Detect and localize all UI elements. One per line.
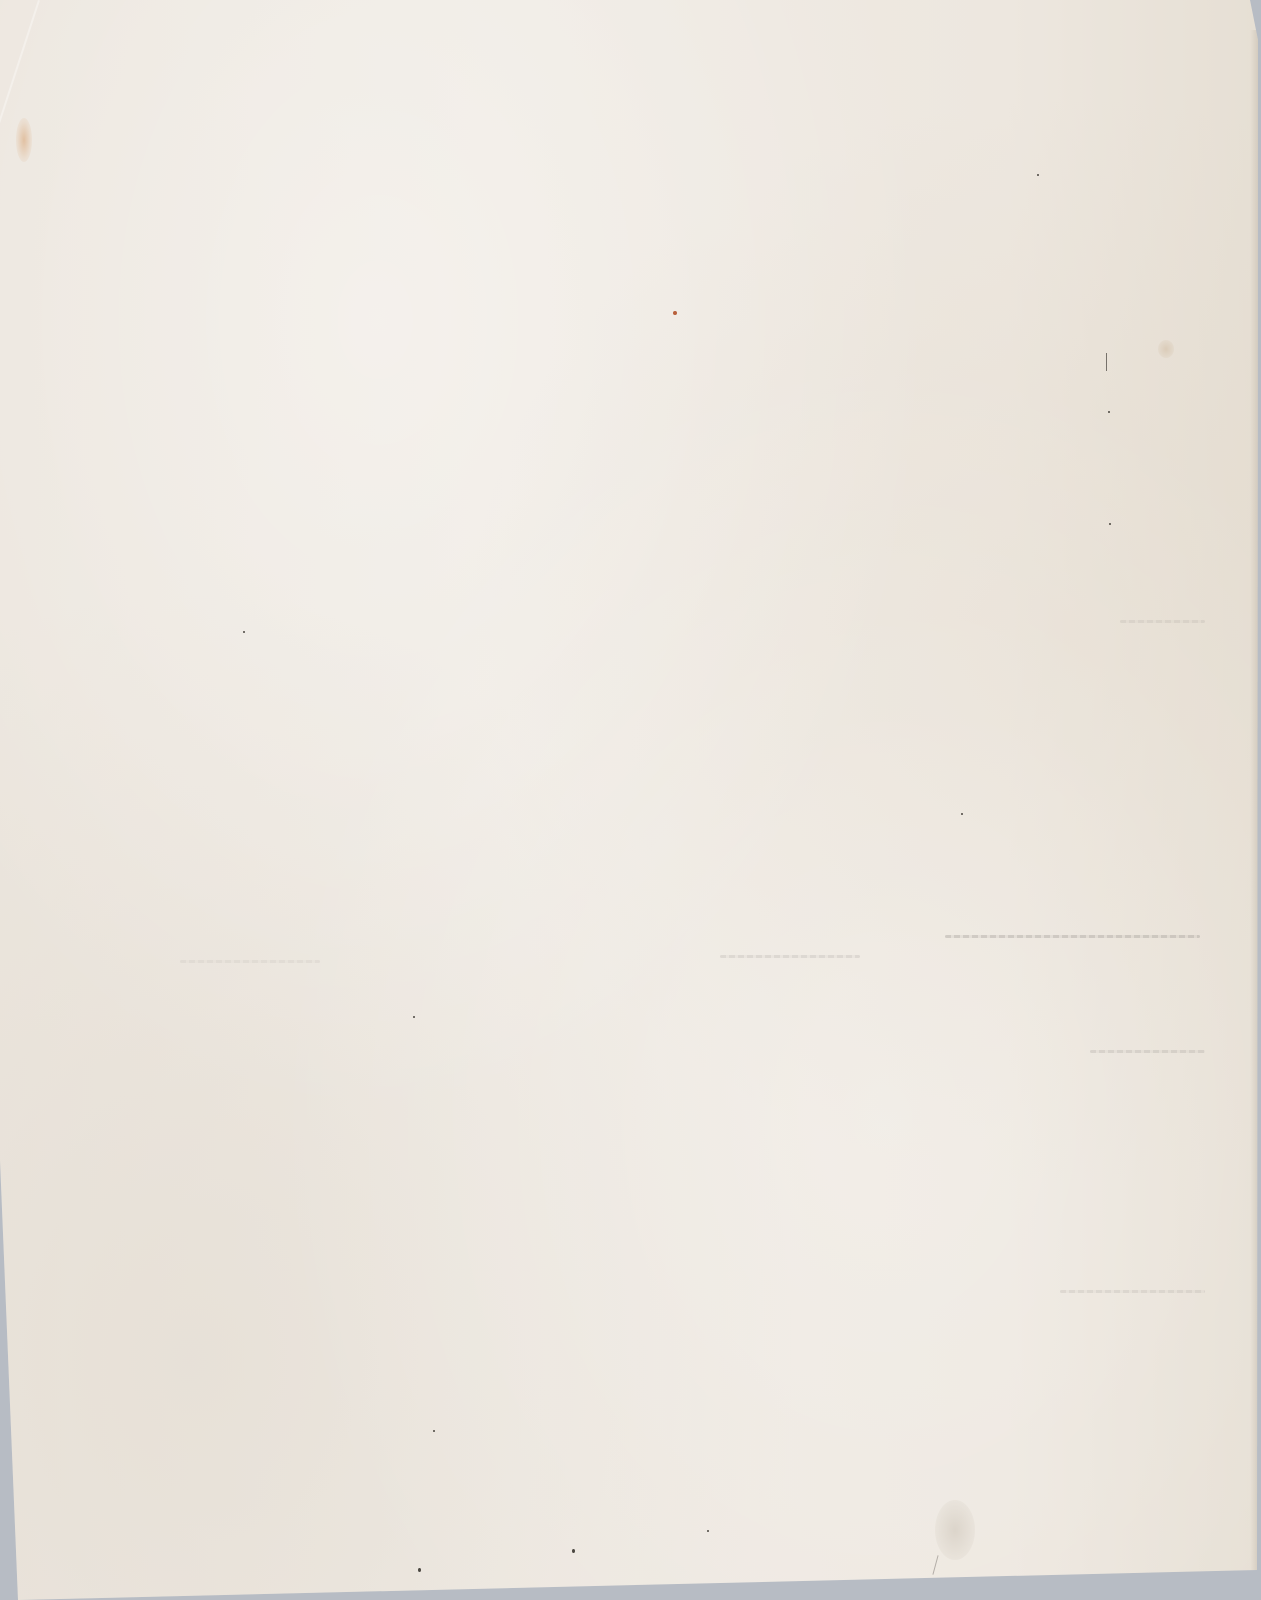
bleed-through-mark [720,955,860,958]
red-speck [673,311,677,315]
rust-stain [16,118,32,162]
dust-speck [243,631,245,633]
paper-edge-shadow [1250,30,1258,1570]
dust-speck [572,1549,575,1553]
paper-fiber [1106,353,1107,371]
paper-spot-stain [1158,340,1174,358]
bleed-through-mark [1060,1290,1205,1293]
dust-speck [413,1016,415,1018]
dust-speck [1108,411,1110,413]
bleed-through-mark [1120,620,1205,623]
bleed-through-mark [945,935,1200,938]
dust-speck [1037,174,1039,176]
blank-paper-page [0,0,1261,1600]
paper-fiber [932,1555,938,1575]
dust-speck [707,1530,709,1532]
bleed-through-mark [180,960,320,963]
paper-smudge [935,1500,975,1560]
bleed-through-mark [1090,1050,1205,1053]
dust-speck [961,813,963,815]
dust-speck [1109,523,1111,525]
dust-speck [418,1568,421,1572]
scan-area [0,0,1261,1600]
dust-speck [433,1430,435,1432]
paper-crease [0,0,40,124]
